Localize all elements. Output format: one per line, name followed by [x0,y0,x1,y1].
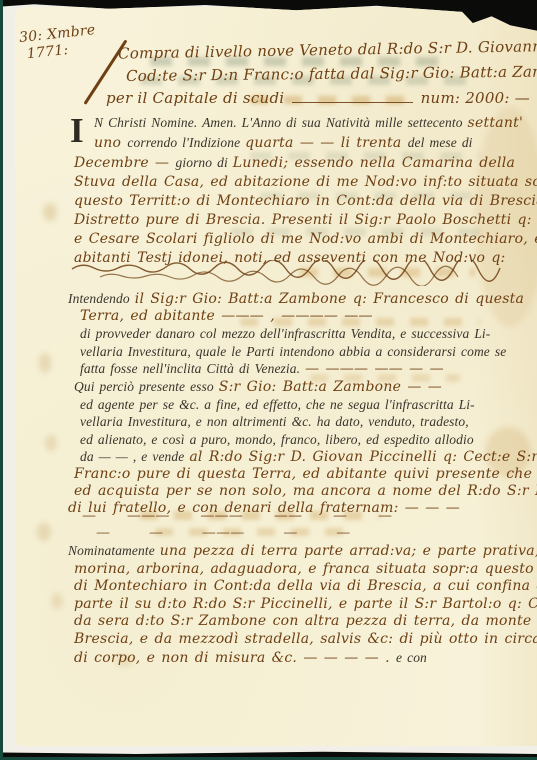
manuscript-line: uno correndo l'Indizione quarta — — li t… [94,133,530,153]
stain [45,435,57,451]
drop-cap: I [70,114,84,148]
stain [37,523,51,541]
divider-dashes: — — ——— — — [96,525,486,541]
manuscript-line: fatta fosse nell'inclita Città di Venezi… [80,360,532,378]
divider-dashes: — ——— ——— —— — — [82,508,502,524]
stain [51,593,63,609]
paragraph-sale-clause: Intendendo il Sig:r Gio: Batt:a Zambone … [66,290,532,518]
manuscript-line: Qui perciò presente esso S:r Gio: Batt:a… [74,378,532,396]
paragraph-property-description: Nominatamente una pezza di terra parte a… [66,542,534,667]
paragraph-invocation: N Christi Nomine. Amen. L'Anno di sua Na… [66,113,530,268]
manuscript-line: di corpo, e non di misura &c. — — — — . … [74,649,534,668]
manuscript-line: di provveder danaro col mezzo dell'infra… [80,325,532,342]
manuscript-line: vellaria Investitura, quale le Parti int… [80,343,532,360]
manuscript-line: N Christi Nomine. Amen. L'Anno di sua Na… [94,113,530,133]
manuscript-line: da — — , e vende al R:do Sig:r D. Giovan… [80,448,532,466]
capital-amount: num: 2000: — [421,89,530,107]
manuscript-line: Terra, ed abitante ——— , ———— —— [80,308,532,325]
manuscript-line: vellaria Investitura, e non altrimenti &… [80,413,532,430]
manuscript-line: morina, arborina, adaguadora, e franca s… [74,561,534,579]
manuscript-line: Decembre — giorno di Lunedi; essendo nel… [74,153,530,173]
title-line-3: per il Capitale di scudi num: 2000: — [106,89,530,107]
scanned-manuscript-page: 30: Xmbre 1771: Compra di livello nove V… [0,0,537,760]
scan-edge-left [0,0,3,760]
manuscript-line: ed agente per se &c. a fine, ed effetto,… [80,396,532,413]
manuscript-line: di Montechiaro in Cont:da della via di B… [74,578,534,596]
dash-rule [292,102,412,103]
manuscript-line: ed acquista per se non solo, ma ancora a… [74,483,532,500]
manuscript-line: Nominatamente una pezza di terra parte a… [68,542,534,561]
cancellation-squiggle [70,260,502,286]
manuscript-line: parte il su d:to R:do S:r Piccinelli, e … [74,596,534,614]
manuscript-line: e Cesare Scolari figliolo di me Nod:vo a… [74,230,530,249]
manuscript-line: ed alienato, e così a puro, mondo, franc… [80,431,532,448]
manuscript-line: Intendendo il Sig:r Gio: Batt:a Zambone … [68,290,532,308]
manuscript-line: questo Territt:o di Montechiaro in Cont:… [74,192,530,211]
manuscript-line: Franc:o pure di questa Terra, ed abitant… [74,466,532,483]
manuscript-line: Stuva della Casa, ed abitazione di me No… [74,173,530,192]
stain [39,353,51,373]
manuscript-line: Distretto pure di Brescia. Presenti il S… [74,211,530,230]
manuscript-line: Brescia, e da mezzodì stradella, salvis … [74,631,534,649]
manuscript-line: da sera d:to S:r Zambone con altra pezza… [74,613,534,631]
capital-label: per il Capitale di scudi [106,89,284,107]
stain [43,203,57,221]
